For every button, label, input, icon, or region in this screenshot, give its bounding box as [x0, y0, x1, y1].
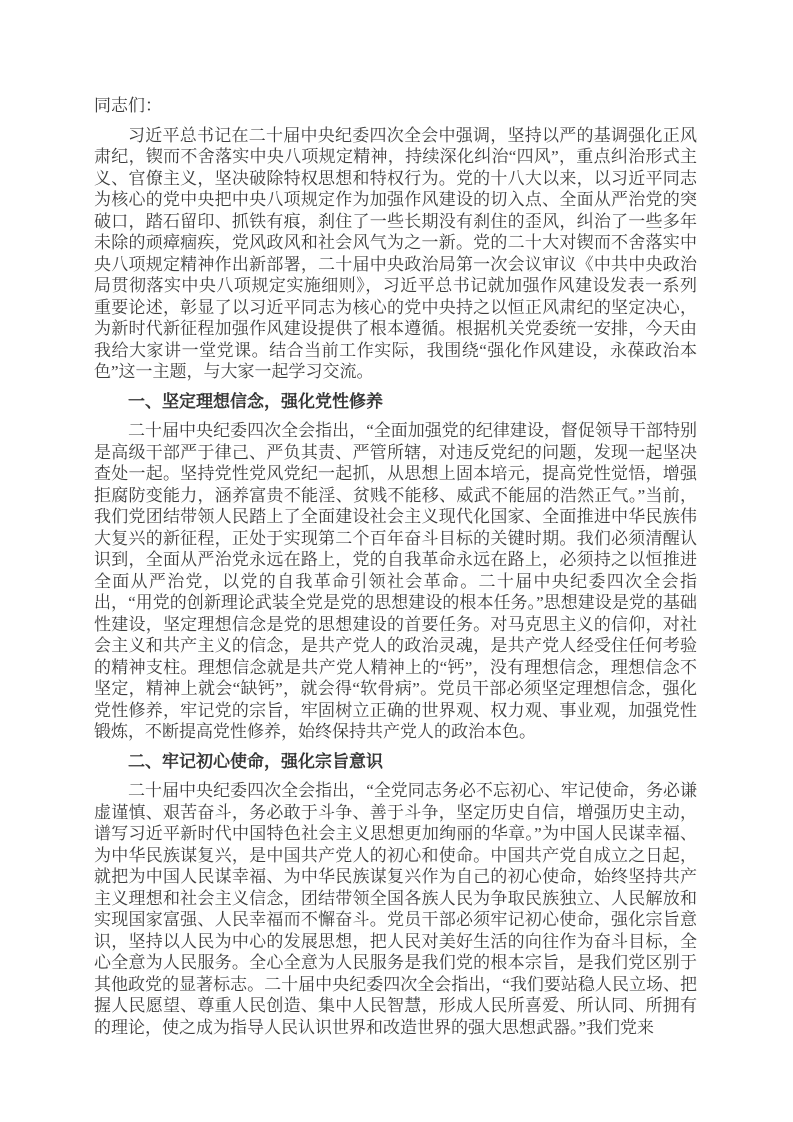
paragraph-intro: 习近平总书记在二十届中央纪委四次全会中强调，坚持以严的基调强化正风肃纪，锲而不舍… [94, 125, 697, 383]
salutation: 同志们： [94, 95, 697, 117]
section-heading-2: 二、牢记初心使命，强化宗旨意识 [94, 751, 697, 773]
section-heading-1: 一、坚定理想信念，强化党性修养 [94, 391, 697, 413]
document-page: 同志们： 习近平总书记在二十届中央纪委四次全会中强调，坚持以严的基调强化正风肃纪… [0, 0, 793, 1122]
paragraph-section-1: 二十届中央纪委四次全会指出，“全面加强党的纪律建设，督促领导干部特别是高级干部严… [94, 420, 697, 743]
paragraph-section-2: 二十届中央纪委四次全会指出，“全党同志务必不忘初心、牢记使命，务必谦虚谨慎、艰苦… [94, 780, 697, 1038]
